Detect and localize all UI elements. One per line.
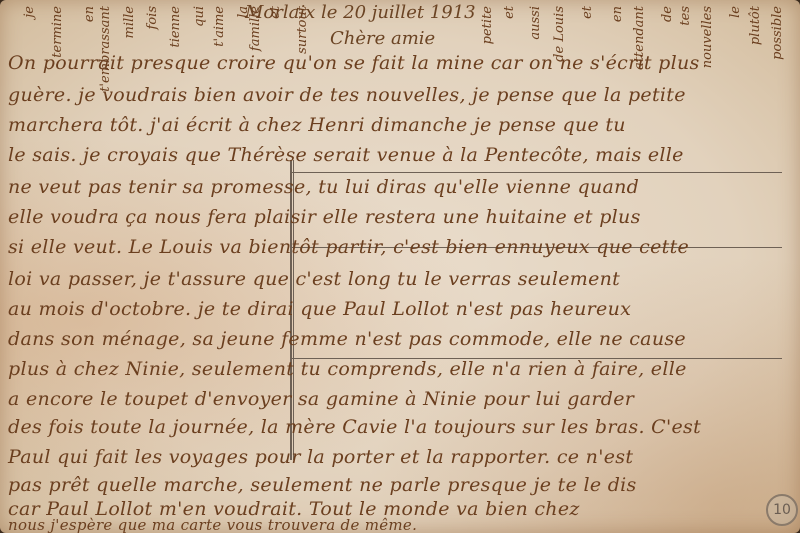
margin-word: et bbox=[268, 6, 283, 19]
margin-word: en bbox=[610, 6, 625, 22]
page-number-stamp: 10 bbox=[766, 494, 798, 526]
margin-word: plutôt bbox=[748, 6, 763, 45]
margin-word: le bbox=[728, 6, 743, 18]
body-line: plus à chez Ninie, seulement tu comprend… bbox=[8, 358, 687, 380]
body-line: nous j'espère que ma carte vous trouvera… bbox=[8, 516, 417, 533]
margin-word: qui bbox=[192, 6, 207, 27]
body-line: elle voudra ça nous fera plaisir elle re… bbox=[8, 206, 641, 228]
margin-word: surtout bbox=[295, 6, 310, 54]
margin-word: possible bbox=[770, 6, 785, 60]
margin-word: je bbox=[22, 6, 37, 18]
body-line: dans son ménage, sa jeune femme n'est pa… bbox=[8, 328, 686, 350]
body-line: si elle veut. Le Louis va bientôt partir… bbox=[8, 236, 689, 258]
margin-word: tes bbox=[678, 6, 693, 26]
address-line bbox=[292, 172, 782, 173]
body-line: guère. je voudrais bien avoir de tes nou… bbox=[8, 84, 686, 106]
body-line: pas prêt quelle marche, seulement ne par… bbox=[8, 474, 637, 496]
margin-word: de bbox=[660, 6, 675, 22]
margin-word: fois bbox=[145, 6, 160, 29]
body-line: marchera tôt. j'ai écrit à chez Henri di… bbox=[8, 114, 626, 136]
margin-word: aussi bbox=[528, 6, 543, 40]
body-line: loi va passer, je t'assure que c'est lon… bbox=[8, 268, 620, 290]
margin-word: t'aime bbox=[212, 6, 227, 47]
margin-word: petite bbox=[480, 6, 495, 44]
margin-word: tienne bbox=[168, 6, 183, 48]
margin-word: termine bbox=[50, 6, 65, 58]
margin-word: et bbox=[580, 6, 595, 19]
body-line: a encore le toupet d'envoyer sa gamine à… bbox=[8, 388, 634, 410]
body-line: au mois d'octobre. je te dirai que Paul … bbox=[8, 298, 631, 320]
body-line: On pourrait presque croire qu'on se fait… bbox=[8, 52, 700, 74]
margin-word: famille bbox=[248, 6, 263, 51]
margin-word: t'embrassant bbox=[98, 6, 113, 92]
margin-word: en bbox=[82, 6, 97, 22]
margin-word: et bbox=[502, 6, 517, 19]
postcard: Morlaix le 20 juillet 1913 Chère amie je… bbox=[0, 0, 800, 533]
body-line: des fois toute la journée, la mère Cavie… bbox=[8, 416, 701, 438]
margin-word: mille bbox=[122, 6, 137, 39]
body-line: ne veut pas tenir sa promesse, tu lui di… bbox=[8, 176, 639, 198]
body-line: Paul qui fait les voyages pour la porter… bbox=[8, 446, 633, 468]
body-line: le sais. je croyais que Thérèse serait v… bbox=[8, 144, 684, 166]
margin-word: nouvelles bbox=[700, 6, 715, 68]
salutation: Chère amie bbox=[330, 28, 435, 49]
